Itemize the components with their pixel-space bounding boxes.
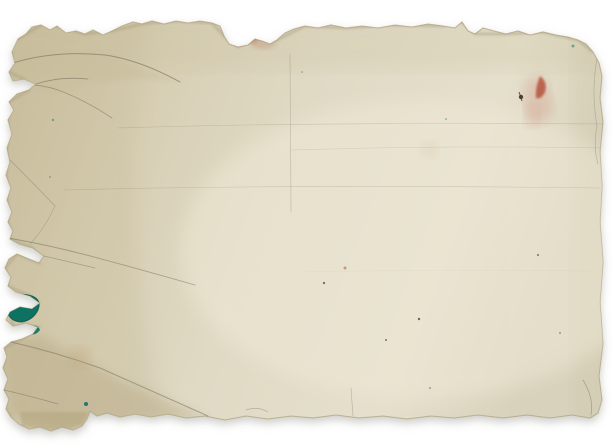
teal-speck bbox=[84, 402, 88, 406]
speck bbox=[559, 332, 561, 334]
scanned-paper-image bbox=[0, 0, 612, 445]
teal-speck bbox=[445, 118, 447, 120]
old-paper-svg bbox=[0, 0, 612, 445]
age-spot bbox=[421, 141, 439, 159]
age-spot bbox=[69, 346, 91, 368]
speck bbox=[301, 71, 303, 73]
speck bbox=[323, 282, 325, 284]
teal-speck bbox=[52, 119, 54, 121]
rust-speck bbox=[344, 267, 347, 270]
speck bbox=[418, 318, 420, 320]
teal-speck bbox=[49, 176, 51, 178]
speck bbox=[385, 339, 387, 341]
red-stain-wash-lower bbox=[524, 104, 540, 128]
speck bbox=[537, 254, 539, 256]
teal-speck bbox=[572, 45, 575, 48]
speck bbox=[429, 387, 431, 389]
